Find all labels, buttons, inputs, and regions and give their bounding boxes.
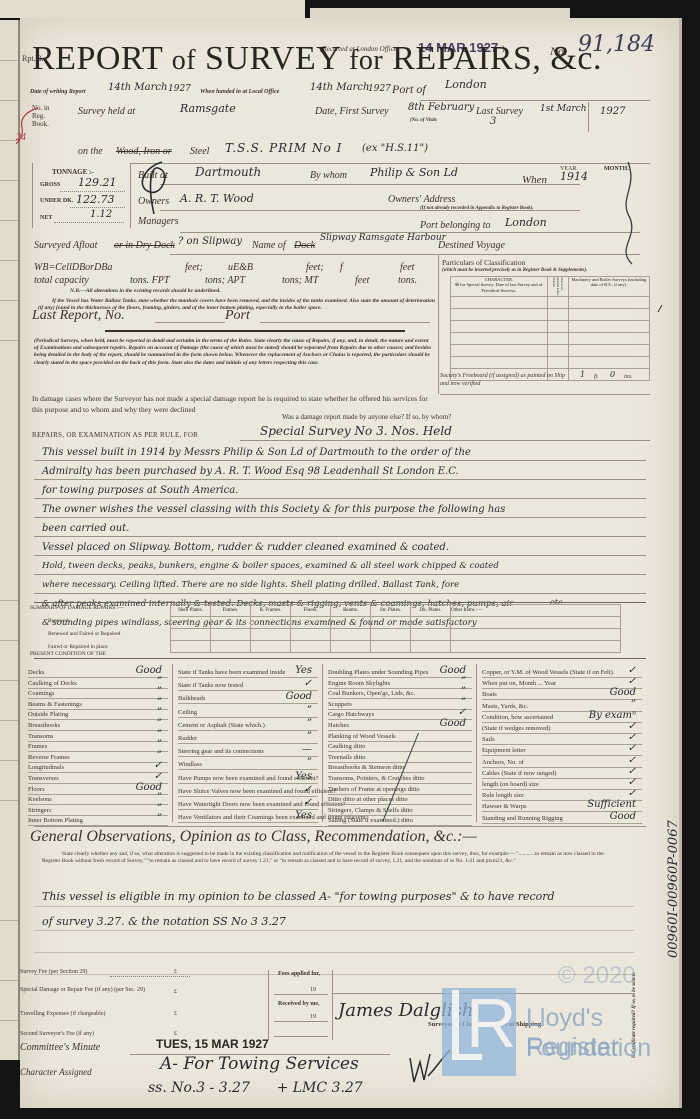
archive-reference-text: 00960I-00960P-0067 (666, 820, 681, 958)
condition-value: Good (610, 811, 636, 822)
condition-value: ” (631, 699, 636, 710)
first-survey-label: Date, First Survey (315, 106, 389, 117)
surveyed-afloat-label: Surveyed Afloat (34, 240, 97, 251)
periodical-surveys-note: (Periodical Surveys, when held, must be … (34, 338, 434, 367)
lloyds-register-watermark: R © 2020 Lloyd's Register Foundation (418, 968, 700, 1078)
repairs-value: Special Survey No 3. Nos. Held (260, 424, 452, 438)
condition-label: Anchors, No. of (482, 759, 524, 766)
date-writing-label: Date of writing Report (30, 89, 86, 95)
condition-value: — (302, 744, 312, 755)
surveyed-dry-dock-struck: or in Dry Dock (114, 240, 175, 251)
last-report-label: Last Report, No. (32, 308, 125, 324)
report-title: REPORT of SURVEY for REPAIRS, &c. (32, 40, 602, 78)
condition-value: Good (286, 691, 312, 702)
col-floors: Floors. (291, 605, 331, 617)
handed-year: 1927 (368, 84, 391, 94)
freeboard-ins-label: ins. (624, 374, 633, 380)
condition-value: ✓ (154, 771, 162, 782)
port-of-value: London (445, 78, 487, 91)
condition-row: Have Ventilators and their Coamings been… (178, 811, 318, 826)
condition-label: Floors (28, 786, 45, 793)
last-survey-value: 1st March (540, 104, 587, 114)
condition-value: ✓ (628, 788, 636, 799)
wb-label: WB=CellDBorDBa (34, 262, 112, 273)
name-of-dock-struck: Dock (294, 240, 315, 251)
condition-value: ” (157, 792, 162, 803)
damage-report-question: Was a damage report made by anyone else?… (282, 413, 451, 421)
character-assigned-label: Character Assigned (20, 1067, 92, 1077)
date-writing-year: 1927 (168, 84, 191, 94)
col-other-items: Other Items :— (451, 605, 621, 617)
condition-value: ” (157, 813, 162, 824)
character-assigned-value: A- For Towing Services (160, 1054, 359, 1074)
gross-value: 129.21 (78, 176, 117, 189)
condition-label: Reverse Frames (28, 754, 70, 761)
condition-value: ✓ (628, 777, 636, 788)
owners-address-label: Owners' Address (388, 194, 455, 205)
by-whom-label: By whom (310, 170, 347, 181)
surveyor-initial-flourish-icon (132, 158, 182, 218)
condition-label: Keelsons (28, 796, 52, 803)
tons-end: tons. (398, 275, 417, 286)
lr-logo-l-icon (452, 990, 459, 1060)
condition-label: Longitudinals (28, 764, 64, 771)
owners-value: A. R. T. Wood (180, 192, 254, 205)
condition-value: ” (307, 718, 312, 729)
freeboard-label: Society's Freeboard (if assigned) as pai… (440, 372, 568, 388)
currency-1: £ (174, 969, 177, 975)
col-str-plates: Str. Plates. (371, 605, 411, 617)
last-survey-label: Last Survey (476, 106, 523, 117)
net-value: 1.12 (90, 209, 112, 220)
condition-label: Transoms (28, 733, 53, 740)
condition-label: Caulking of Decks (28, 680, 77, 687)
condition-label: length (on board) size (482, 781, 539, 788)
condition-label: Sails (482, 736, 495, 743)
damage-summary-heading: SUMMARY OF DAMAGE REPAIRS :— (30, 605, 124, 611)
vessel-ex-name: (ex "H.S.11") (362, 143, 428, 154)
alterations-note: N.B.—All alterations in the existing rec… (70, 288, 221, 294)
condition-label: Decks (28, 669, 44, 676)
condition-label: Doubling Plates under Sounding Pipes (328, 669, 428, 676)
condition-value: ✓ (628, 732, 636, 743)
condition-value: Yes (295, 771, 312, 782)
condition-label: When put on, Month ... Year (482, 680, 556, 687)
feet-2: feet; (306, 262, 324, 273)
condition-label: Timbers of Frame at openings ditto (328, 786, 420, 793)
condition-label: Caulking ditto (328, 743, 365, 750)
freeboard-ins-value: 0 (610, 370, 615, 379)
condition-value: ” (307, 757, 312, 768)
condition-label: Frames (28, 743, 47, 750)
under-deck-label: UNDER DK. (40, 198, 73, 204)
destined-voyage-label: Destined Voyage (438, 240, 505, 251)
title-of: of (172, 45, 196, 76)
title-for: for (349, 45, 383, 76)
condition-value: ” (461, 686, 466, 697)
condition-label: Hatches (328, 722, 349, 729)
back-sheet (0, 0, 305, 18)
damage-row-renewed: Renewed (48, 618, 68, 624)
watermark-line2: Foundation (526, 1034, 651, 1063)
classification-table: CHARACTER. ✠ for Special Survey. Date of… (450, 276, 650, 381)
condition-label: Ditto ditto at other places ditto (328, 796, 408, 803)
condition-value: ” (157, 686, 162, 697)
general-observations-instruction: State clearly whether any and, if so, wh… (42, 851, 622, 864)
condition-label: Bulkheads (178, 695, 205, 702)
tonnage-heading: TONNAGE :- (52, 168, 94, 176)
condition-label: Boats (482, 691, 497, 698)
port-belonging-value: London (505, 216, 547, 229)
visits-value: 3 (490, 116, 496, 127)
condition-label: Outside Plating (28, 711, 68, 718)
tons-apt: tons; APT (205, 275, 245, 286)
condition-value: ” (157, 676, 162, 687)
title-report: REPORT (32, 40, 163, 77)
condition-label: Engine Room Skylights (328, 680, 390, 687)
condition-label: Beams & Fastenings (28, 701, 82, 708)
fees-applied-year: 19 (310, 987, 316, 993)
feet-1: feet; (185, 262, 203, 273)
vessel-prefix: on the (78, 146, 103, 157)
currency-3: £ (174, 1011, 177, 1017)
total-capacity-label: total capacity (34, 275, 89, 286)
vessel-material: Steel (190, 146, 209, 157)
classification-heading-note: (which must be inserted precisely as in … (442, 268, 647, 273)
condition-value: ” (157, 697, 162, 708)
condition-label: Breasthooks & Stemson ditto (328, 764, 404, 771)
damage-row-renewed-faired: Renewed and Faired or Repaired (48, 631, 120, 637)
character-assigned-notation: ss. No.3 - 3.27 + LMC 3.27 (148, 1080, 363, 1096)
condition-value: Yes (295, 810, 312, 821)
first-survey-value: 8th February (408, 102, 474, 113)
survey-fee-label: Survey Fee (per Section 29) (20, 969, 87, 975)
condition-value: ” (307, 731, 312, 742)
col-frames: Frames. (211, 605, 251, 617)
survey-held-label: Survey held at (78, 106, 135, 117)
condition-value: ✓ (628, 743, 636, 754)
condition-value: Sufficient (587, 799, 636, 810)
damage-summary-table: Shell Plates. Frames. R. Frames. Floors.… (170, 604, 621, 653)
condition-label: Cables (State if now ranged) (482, 770, 556, 777)
survey-held-value: Ramsgate (180, 102, 236, 115)
title-survey: SURVEY (205, 40, 340, 77)
condition-value: ✓ (628, 766, 636, 777)
condition-label: Have Sluice Valves now been examined and… (178, 788, 336, 795)
tons-mt: tons; MT (282, 275, 318, 286)
handed-value: 14th March (310, 82, 369, 93)
feet-4: feet (355, 275, 369, 286)
general-observations-remarks: This vessel is eligible in my opinion to… (42, 884, 555, 934)
when-value: 1914 (560, 170, 588, 183)
condition-label: Treenails ditto (328, 754, 366, 761)
condition-value: ✓ (628, 676, 636, 687)
condition-label: Hawser & Warps (482, 803, 526, 810)
red-margin-mark-icon: 24 (14, 106, 44, 146)
condition-value: Good (136, 782, 162, 793)
condition-label: Coamings (28, 690, 54, 697)
condition-label: Cement or Asphalt (State which.) (178, 722, 265, 729)
left-page-edge (0, 20, 20, 1060)
condition-label: Inner Bottom Plating (28, 817, 83, 824)
condition-label: (State if wedges removed) (482, 725, 550, 732)
feet-3: feet (400, 262, 414, 273)
special-damage-fee-label: Special Damage or Repair Fee (if any) (p… (20, 987, 150, 993)
port-of-label: Port of (392, 82, 426, 97)
condition-label: Copper, or Y.M. of Wood Vessels (State i… (482, 669, 614, 676)
col-r-frames: R. Frames. (251, 605, 291, 617)
condition-value: ” (307, 705, 312, 716)
col-shell-plates: Shell Plates. (171, 605, 211, 617)
condition-value: ” (157, 718, 162, 729)
condition-label: State if Tanks now tested (178, 682, 243, 689)
condition-label: Coal Bunkers, Open'gs, Lids, &c. (328, 690, 415, 697)
condition-label: Planking of Wood Vessels (328, 733, 396, 740)
condition-label: Breasthooks (28, 722, 60, 729)
currency-2: £ (174, 989, 177, 995)
condition-value: ” (461, 676, 466, 687)
condition-label: Rudder (178, 735, 197, 742)
surveyed-afloat-value: ? on Slipway (178, 236, 242, 247)
years-col-header: Years to be reported before retained (547, 277, 568, 297)
port-belonging-label: Port belonging to (420, 220, 491, 231)
condition-value: ✓ (154, 760, 162, 771)
owners-label: Owners (138, 196, 169, 207)
lr-logo-r-icon: R (466, 988, 517, 1058)
condition-label: Windlass (178, 761, 202, 768)
condition-value: ” (157, 739, 162, 750)
condition-value: ✓ (458, 707, 466, 718)
condition-label: Condition, how ascertained (482, 714, 553, 721)
condition-value: By examⁿ (589, 710, 636, 721)
machinery-col-header: Machinery and Boiler Surveys (including … (568, 277, 649, 297)
margin-tick-mark (658, 305, 663, 312)
condition-value: Good (440, 665, 466, 676)
name-of-value: Slipway Ramsgate Harbour (320, 233, 446, 243)
condition-value: ” (157, 707, 162, 718)
second-surveyor-fee-label: Second Surveyor's Fee (if any) (20, 1031, 94, 1037)
managers-label: Managers (138, 216, 179, 227)
repairs-label: REPAIRS, OR EXAMINATION AS PER RULE, FOR (32, 431, 198, 439)
name-of-label: Name of (252, 240, 286, 251)
condition-label: Masts, Yards, &c. (482, 703, 528, 710)
by-whom-value: Philip & Son Ld (370, 166, 458, 179)
condition-label: Stringers (28, 807, 51, 814)
condition-label: Cargo Hatchways (328, 711, 374, 718)
vessel-name: T.S.S. PRIM No I (225, 141, 342, 155)
last-report-port-label: Port (225, 308, 250, 324)
condition-value: Good (440, 718, 466, 729)
classification-heading: Particulars of Classification (442, 258, 525, 267)
condition-value: ✓ (304, 678, 312, 689)
condition-label: Have Watertight Doors now been examined … (178, 801, 345, 808)
fees-applied-label: Fees applied for, (278, 971, 320, 977)
condition-value: ” (157, 729, 162, 740)
tons-fpt: tons. FPT (130, 275, 169, 286)
condition-value: ” (157, 803, 162, 814)
condition-value: ✓ (628, 755, 636, 766)
condition-value: ” (157, 750, 162, 761)
condition-value: ” (461, 697, 466, 708)
freeboard-ft-value: 1 (580, 370, 585, 379)
condition-label: Stringers, Clamps & Shelfs ditto (328, 807, 413, 814)
vessel-material-struck: Wood, Iron or (116, 146, 172, 157)
condition-label: State if Tanks have been examined inside (178, 669, 285, 676)
general-observations-heading: General Observations, Opinion as to Clas… (30, 828, 477, 846)
condition-value: ✓ (304, 784, 312, 795)
watermark-copyright: © 2020 (558, 962, 636, 990)
condition-row: Standing and Running RiggingGood (482, 812, 642, 827)
condition-label: Ceiling (178, 709, 197, 716)
net-label: NET (40, 215, 52, 221)
condition-label: Transverses (28, 775, 59, 782)
freeboard-ft-label: ft. (594, 374, 599, 380)
condition-value: Good (136, 665, 162, 676)
received-by-label: Received by me, (278, 1001, 320, 1007)
condition-value: Good (610, 687, 636, 698)
character-col-sub: ✠ for Special Survey. Date of last Surve… (451, 282, 547, 293)
present-condition-heading: PRESENT CONDITION OF THE (30, 651, 106, 657)
under-deck-value: 122.73 (76, 193, 115, 206)
margin-initial-flourish-icon (608, 158, 648, 268)
survey-report-page: Rpt. 8. (Received at London Office 14 MA… (20, 18, 682, 1108)
condition-label: Rule length size (482, 792, 524, 799)
condition-label: Transoms, Pointers, & Crutches ditto (328, 775, 425, 782)
condition-label: Scuppers (328, 701, 352, 708)
date-writing-value: 14th March (108, 82, 167, 93)
condition-label: Standing and Running Rigging (482, 815, 563, 822)
col-dk-plates: Dk. Plates. (411, 605, 451, 617)
damage-case-note: In damage cases where the Surveyor has n… (32, 393, 437, 415)
last-survey-year: 1927 (600, 106, 625, 117)
condition-value: Yes (295, 665, 312, 676)
condition-label: Steering gear and its connections (178, 748, 264, 755)
ueb-label: uE&B (228, 262, 253, 273)
condition-value: ✓ (628, 665, 636, 676)
f-label: f (340, 262, 343, 273)
travelling-expenses-label: Travelling Expenses (if chargeable) (20, 1011, 105, 1017)
visits-label: (No. of Visits (410, 118, 437, 123)
condition-value: ✓ (628, 721, 636, 732)
condition-label: Equipment letter (482, 747, 526, 754)
damage-row-faired: Faired or Repaired in place (48, 644, 108, 650)
col-beams: Beams. (331, 605, 371, 617)
built-at-value: Dartmouth (195, 165, 261, 179)
handed-label: When handed in at Local Office (200, 89, 279, 95)
title-repairs: REPAIRS, &c. (392, 40, 602, 77)
committee-minute-label: Committee's Minute (20, 1042, 100, 1053)
committee-minute-stamp: TUES, 15 MAR 1927 (156, 1037, 269, 1051)
condition-label: Salting (State if examined.) ditto (328, 817, 413, 824)
svg-text:24: 24 (16, 132, 26, 143)
condition-value: ✓ (304, 797, 312, 808)
gross-label: GROSS (40, 182, 60, 188)
received-by-year: 19 (310, 1014, 316, 1020)
